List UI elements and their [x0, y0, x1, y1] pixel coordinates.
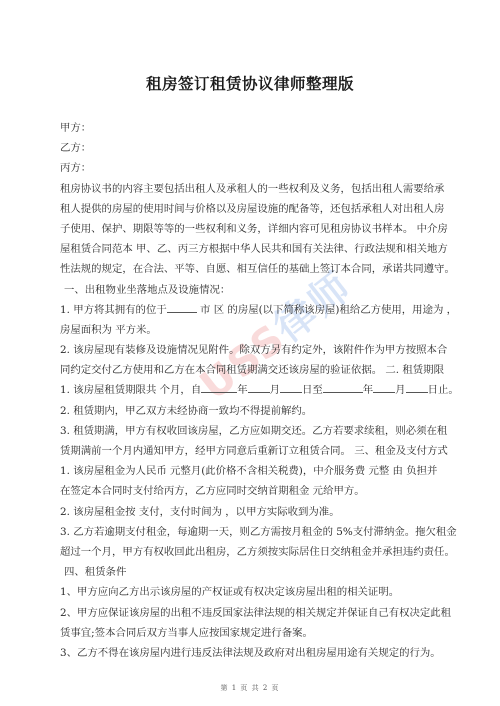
section-4-item-2: 2、甲方应保证该房屋的出租不违反国家法律法规的相关规定并保证自己有权决定此租 — [60, 603, 440, 623]
section-1-item-1: 1. 甲方将其拥有的位于 市 区 的房屋(以下简称该房屋)租给乙方使用，用途为 … — [60, 300, 440, 320]
section-3-item-3: 3. 乙方若逾期支付租金，每逾期一天，则乙方需按月租金的 5%支付滞纳金。拖欠租… — [60, 522, 440, 542]
section-1-item-1-cont: 房屋面积为 平方米。 — [60, 320, 440, 340]
blank-field — [323, 381, 363, 393]
section-2-item-2: 2. 租赁期内，甲乙双方未经协商一致均不得提前解约。 — [60, 401, 440, 421]
section-3-item-1-cont: 在签定本合同时支付给丙方，乙方应同时交纳首期租金 元给甲方。 — [60, 481, 440, 501]
document-title: 租房签订租赁协议律师整理版 — [0, 72, 500, 94]
section-4-item-3: 3、乙方不得在该房屋内进行违反法律法规及政府对出租房屋用途有关规定的行为。 — [60, 643, 440, 663]
page-number: 第 1 页 共 2 页 — [0, 683, 500, 693]
section-4-item-1: 1、甲方应向乙方出示该房屋的产权证或有权决定该房屋出租的相关证明。 — [60, 582, 440, 602]
party-a-label: 甲方： — [60, 118, 440, 138]
document-page: USS律师 租房签订租赁协议律师整理版 甲方： 乙方： 丙方： 租房协议书的内容… — [0, 0, 500, 706]
blank-field — [201, 381, 237, 393]
section-1-heading: 一、出租物业坐落地点及设施情况： — [60, 280, 440, 300]
section-3-item-3-cont: 超过一个月，甲方有权收回此出租房，乙方须按实际居住日交纳租金并承担违约责任。 — [60, 542, 440, 562]
section-2-item-3-cont: 赁期满前一个月内通知甲方，经甲方同意后重新订立租赁合同。 三、租金及支付方式 — [60, 441, 440, 461]
section-1-item-2-cont: 同约定交付乙方使用和乙方在本合同租赁期满交还该房屋的验证依据。 二. 租赁期限 — [60, 360, 440, 380]
section-4-heading: 四、租赁条件 — [60, 562, 440, 582]
blank-field — [373, 381, 395, 393]
section-4-item-2-cont: 赁事宜;签本合同后双方当事人应按国家规定进行备案。 — [60, 623, 440, 643]
section-3-item-1: 1. 该房屋租金为人民币 元整月(此价格不含相关税费)，中介服务费 元整 由 负… — [60, 461, 440, 481]
blank-field — [280, 381, 302, 393]
document-body: 甲方： 乙方： 丙方： 租房协议书的内容主要包括出租人及承租人的一些权利及义务，… — [60, 118, 440, 663]
intro-line: 租人提供的房屋的使用时间与价格以及房屋设施的配备等，还包括承租人对出租人房 — [60, 199, 440, 219]
section-3-item-2: 2. 该房屋租金按 支付，支付时间为 ，以甲方实际收到为准。 — [60, 502, 440, 522]
blank-field — [167, 301, 197, 313]
section-2-item-3: 3. 租赁期满，甲方有权收回该房屋，乙方应如期交还。乙方若要求续租，则必须在租 — [60, 421, 440, 441]
intro-line: 性法规的规定，在合法、平等、自愿、相互信任的基础上签订本合同，承诺共同遵守。 — [60, 259, 440, 279]
blank-field — [406, 381, 428, 393]
section-2-item-1: 1. 该房屋租赁期限共 个月，自年月日至年月日止。 — [60, 380, 440, 400]
intro-line: 子使用、保护、期限等等的一些权利和义务，详细内容可见租房协议书样本。 中介房 — [60, 219, 440, 239]
blank-field — [248, 381, 270, 393]
intro-line: 屋租赁合同范本 甲、乙、丙三方根据中华人民共和国有关法律、行政法规和相关地方 — [60, 239, 440, 259]
intro-line: 租房协议书的内容主要包括出租人及承租人的一些权利及义务，包括出租人需要给承 — [60, 179, 440, 199]
party-b-label: 乙方： — [60, 138, 440, 158]
section-1-item-2: 2. 该房屋现有装修及设施情况见附件。除双方另有约定外，该附件作为甲方按照本合 — [60, 340, 440, 360]
party-c-label: 丙方： — [60, 158, 440, 178]
